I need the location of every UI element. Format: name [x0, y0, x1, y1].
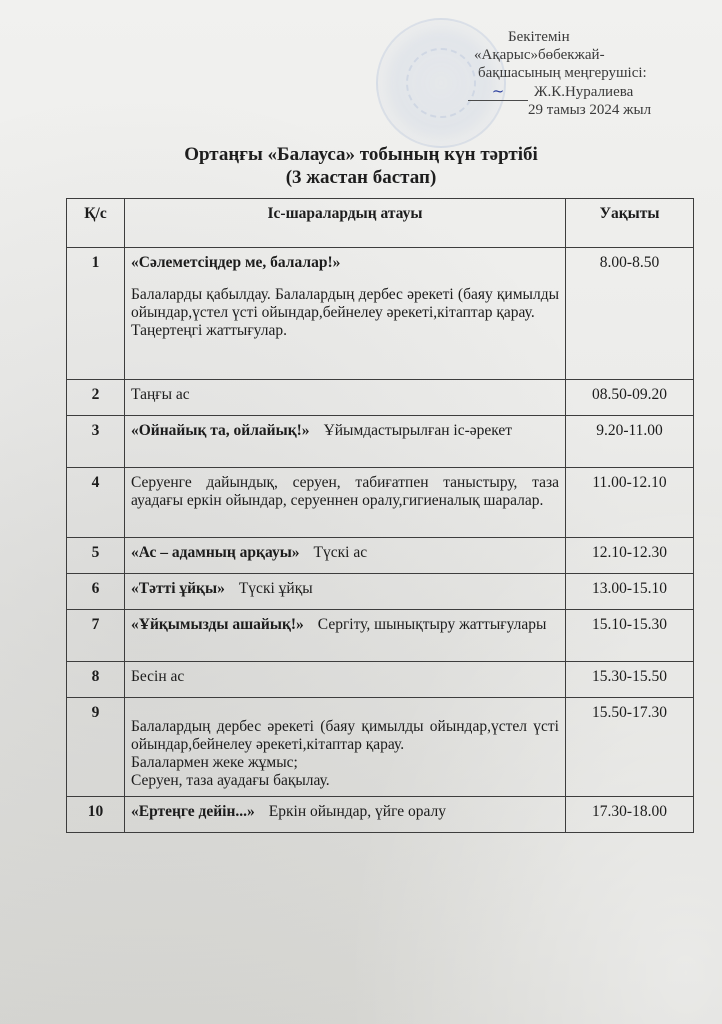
- activity-text-3: Серуен, таза ауадағы бақылау.: [131, 772, 330, 789]
- activity-text: Серуенге дайындық, серуен, табиғатпен та…: [131, 474, 559, 509]
- row-number: 10: [67, 797, 125, 833]
- activity-title: «Ас – адамның арқауы»: [131, 544, 300, 561]
- time-cell: 11.00-12.10: [566, 468, 694, 538]
- time-cell: 9.20-11.00: [566, 416, 694, 468]
- row-number: 3: [67, 416, 125, 468]
- title-line-2: (3 жастан бастап): [0, 166, 722, 189]
- table-row: 1«Сәлеметсіңдер ме, балалар!»Балаларды қ…: [67, 248, 694, 380]
- table-row: 6«Тәтті ұйқы»Түскі ұйқы13.00-15.10: [67, 574, 694, 610]
- activity-text: Бесін ас: [131, 668, 184, 685]
- activity-cell: «Ойнайық та, ойлайық!»Ұйымдастырылған іс…: [125, 416, 566, 468]
- activity-cell: Балалардың дербес әрекеті (баяу қимылды …: [125, 698, 566, 797]
- activity-title: «Ертеңге дейін...»: [131, 803, 255, 820]
- approver-name: Ж.К.Нуралиева: [534, 84, 633, 100]
- row-number: 9: [67, 698, 125, 797]
- header-time: Уақыты: [566, 199, 694, 248]
- time-cell: 8.00-8.50: [566, 248, 694, 380]
- header-num: Қ/с: [67, 199, 125, 248]
- row-number: 5: [67, 538, 125, 574]
- row-number: 4: [67, 468, 125, 538]
- activity-text: Түскі ұйқы: [239, 580, 313, 597]
- approval-block: Бекітемін «Ақарыс»бөбекжай- бақшасының м…: [450, 28, 690, 119]
- activity-text-2: Балалармен жеке жұмыс;: [131, 754, 298, 771]
- row-number: 6: [67, 574, 125, 610]
- time-cell: 12.10-12.30: [566, 538, 694, 574]
- row-number: 7: [67, 610, 125, 662]
- time-cell: 15.30-15.50: [566, 662, 694, 698]
- time-cell: 15.50-17.30: [566, 698, 694, 797]
- table-row: 9Балалардың дербес әрекеті (баяу қимылды…: [67, 698, 694, 797]
- table-row: 10«Ертеңге дейін...»Еркін ойындар, үйге …: [67, 797, 694, 833]
- approval-line-position: бақшасының меңгерушісі:: [450, 64, 690, 82]
- row-number: 8: [67, 662, 125, 698]
- activity-text: Түскі ас: [314, 544, 368, 561]
- activity-text: Балалардың дербес әрекеті (баяу қимылды …: [131, 718, 559, 753]
- activity-text: Таңғы ас: [131, 386, 190, 403]
- time-cell: 17.30-18.00: [566, 797, 694, 833]
- time-cell: 15.10-15.30: [566, 610, 694, 662]
- header-name: Іс-шаралардың атауы: [125, 199, 566, 248]
- activity-title: «Сәлеметсіңдер ме, балалар!»: [131, 254, 340, 271]
- table-header-row: Қ/с Іс-шаралардың атауы Уақыты: [67, 199, 694, 248]
- signature: ~: [468, 82, 528, 101]
- activity-text-2: Таңертеңгі жаттығулар.: [131, 322, 287, 339]
- page-title: Ортаңғы «Балауса» тобының күн тәртібі (3…: [0, 143, 722, 189]
- activity-title: «Ойнайық та, ойлайық!»: [131, 422, 310, 439]
- title-line-1: Ортаңғы «Балауса» тобының күн тәртібі: [0, 143, 722, 166]
- activity-cell: Серуенге дайындық, серуен, табиғатпен та…: [125, 468, 566, 538]
- activity-text: Сергіту, шынықтыру жаттығулары: [318, 616, 547, 633]
- table-row: 5«Ас – адамның арқауы»Түскі ас12.10-12.3…: [67, 538, 694, 574]
- approval-signature-line: ~Ж.К.Нуралиева: [450, 82, 690, 101]
- activity-cell: «Ертеңге дейін...»Еркін ойындар, үйге ор…: [125, 797, 566, 833]
- activity-text: Ұйымдастырылған іс-әрекет: [324, 422, 513, 439]
- activity-title: «Тәтті ұйқы»: [131, 580, 225, 597]
- table-row: 2Таңғы ас08.50-09.20: [67, 380, 694, 416]
- table-row: 4 Серуенге дайындық, серуен, табиғатпен …: [67, 468, 694, 538]
- table-row: 3«Ойнайық та, ойлайық!»Ұйымдастырылған і…: [67, 416, 694, 468]
- activity-text: Балаларды қабылдау. Балалардың дербес әр…: [131, 286, 559, 321]
- approval-line-approve: Бекітемін: [450, 28, 690, 46]
- activity-text: Еркін ойындар, үйге оралу: [269, 803, 446, 820]
- table-row: 7«Ұйқымызды ашайық!»Сергіту, шынықтыру ж…: [67, 610, 694, 662]
- schedule-table: Қ/с Іс-шаралардың атауы Уақыты 1«Сәлемет…: [66, 198, 694, 833]
- activity-cell: «Ұйқымызды ашайық!»Сергіту, шынықтыру жа…: [125, 610, 566, 662]
- time-cell: 08.50-09.20: [566, 380, 694, 416]
- table-row: 8Бесін ас15.30-15.50: [67, 662, 694, 698]
- activity-cell: Бесін ас: [125, 662, 566, 698]
- approval-date: 29 тамыз 2024 жыл: [450, 101, 690, 119]
- activity-title: «Ұйқымызды ашайық!»: [131, 616, 304, 633]
- activity-cell: «Ас – адамның арқауы»Түскі ас: [125, 538, 566, 574]
- activity-cell: «Сәлеметсіңдер ме, балалар!»Балаларды қа…: [125, 248, 566, 380]
- activity-cell: «Тәтті ұйқы»Түскі ұйқы: [125, 574, 566, 610]
- time-cell: 13.00-15.10: [566, 574, 694, 610]
- approval-line-org: «Ақарыс»бөбекжай-: [450, 46, 690, 64]
- row-number: 2: [67, 380, 125, 416]
- activity-cell: Таңғы ас: [125, 380, 566, 416]
- row-number: 1: [67, 248, 125, 380]
